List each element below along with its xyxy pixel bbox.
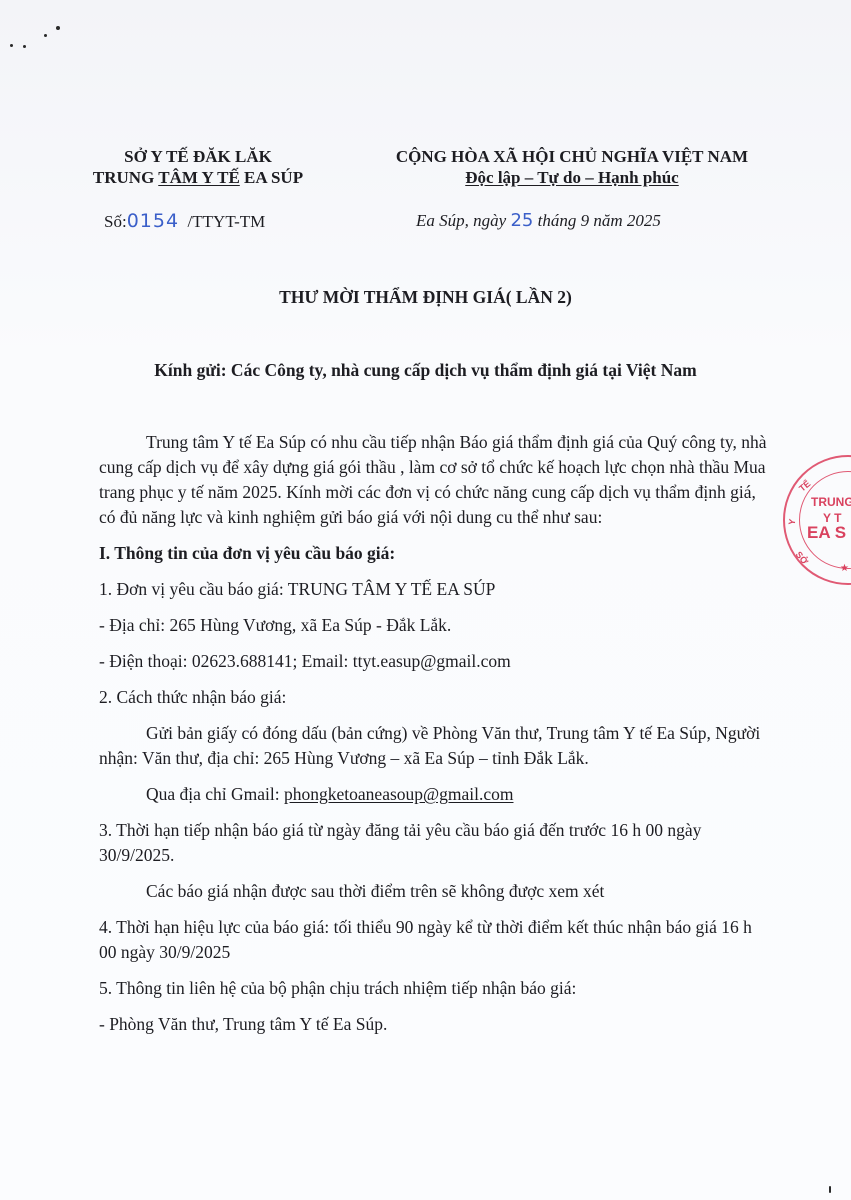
- agency-parent: SỞ Y TẾ ĐĂK LĂK: [78, 146, 318, 167]
- method-heading: 2. Cách thức nhận báo giá:: [99, 685, 769, 710]
- agency-name: TRUNG TÂM Y TẾ EA SÚP: [78, 167, 318, 188]
- late-note: Các báo giá nhận được sau thời điểm trên…: [99, 879, 769, 904]
- gmail-link[interactable]: phongketoaneasoup@gmail.com: [284, 784, 513, 804]
- national-header: CỘNG HÒA XÃ HỘI CHỦ NGHĨA VIỆT NAM Độc l…: [352, 146, 792, 188]
- greeting: Kính gửi: Các Công ty, nhà cung cấp dịch…: [0, 360, 851, 381]
- document-page: SỞ Y TẾ ĐĂK LĂK TRUNG TÂM Y TẾ EA SÚP CỘ…: [0, 0, 851, 1200]
- seal-ring-text: SỞ: [794, 550, 810, 567]
- handwritten-number: 0154: [127, 210, 179, 232]
- contact-heading: 5. Thông tin liên hệ của bộ phận chịu tr…: [99, 976, 769, 1001]
- scan-speck: [10, 44, 13, 47]
- contact-office: - Phòng Văn thư, Trung tâm Y tế Ea Súp.: [99, 1012, 769, 1037]
- handwritten-day: 25: [510, 210, 533, 231]
- intro-paragraph: Trung tâm Y tế Ea Súp có nhu cầu tiếp nh…: [99, 430, 769, 530]
- requester-line: 1. Đơn vị yêu cầu báo giá: TRUNG TÂM Y T…: [99, 577, 769, 602]
- scan-speck: [44, 34, 47, 37]
- seal-text: TRUNG: [811, 495, 851, 509]
- seal-ring-text: Y: [787, 518, 798, 526]
- deadline-line: 3. Thời hạn tiếp nhận báo giá từ ngày đă…: [99, 818, 769, 868]
- issuing-agency: SỞ Y TẾ ĐĂK LĂK TRUNG TÂM Y TẾ EA SÚP: [78, 146, 318, 188]
- national-motto: Độc lập – Tự do – Hạnh phúc: [352, 167, 792, 188]
- scan-speck: [23, 45, 26, 48]
- national-title: CỘNG HÒA XÃ HỘI CHỦ NGHĨA VIỆT NAM: [352, 146, 792, 167]
- document-body: Trung tâm Y tế Ea Súp có nhu cầu tiếp nh…: [99, 430, 769, 1037]
- seal-text: EA S: [807, 523, 846, 543]
- section-heading: I. Thông tin của đơn vị yêu cầu báo giá:: [99, 541, 769, 566]
- document-title: THƯ MỜI THẨM ĐỊNH GIÁ( LẦN 2): [0, 287, 851, 308]
- method-paper: Gửi bản giấy có đóng dấu (bản cứng) về P…: [99, 721, 769, 771]
- address-line: - Địa chỉ: 265 Hùng Vương, xã Ea Súp - Đ…: [99, 613, 769, 638]
- star-icon: ★: [840, 563, 849, 574]
- method-gmail: Qua địa chỉ Gmail: phongketoaneasoup@gma…: [99, 782, 769, 807]
- scan-speck: [56, 26, 60, 30]
- document-number: Số:0154 /TTYT-TM: [104, 210, 265, 232]
- document-date: Ea Súp, ngày 25 tháng 9 năm 2025: [416, 210, 661, 231]
- scan-speck: [829, 1186, 831, 1193]
- phone-email-line: - Điện thoại: 02623.688141; Email: ttyt.…: [99, 649, 769, 674]
- official-seal: TẾ Y SỞ TRUNG Y T EA S ★: [783, 455, 851, 585]
- validity-line: 4. Thời hạn hiệu lực của báo giá: tối th…: [99, 915, 769, 965]
